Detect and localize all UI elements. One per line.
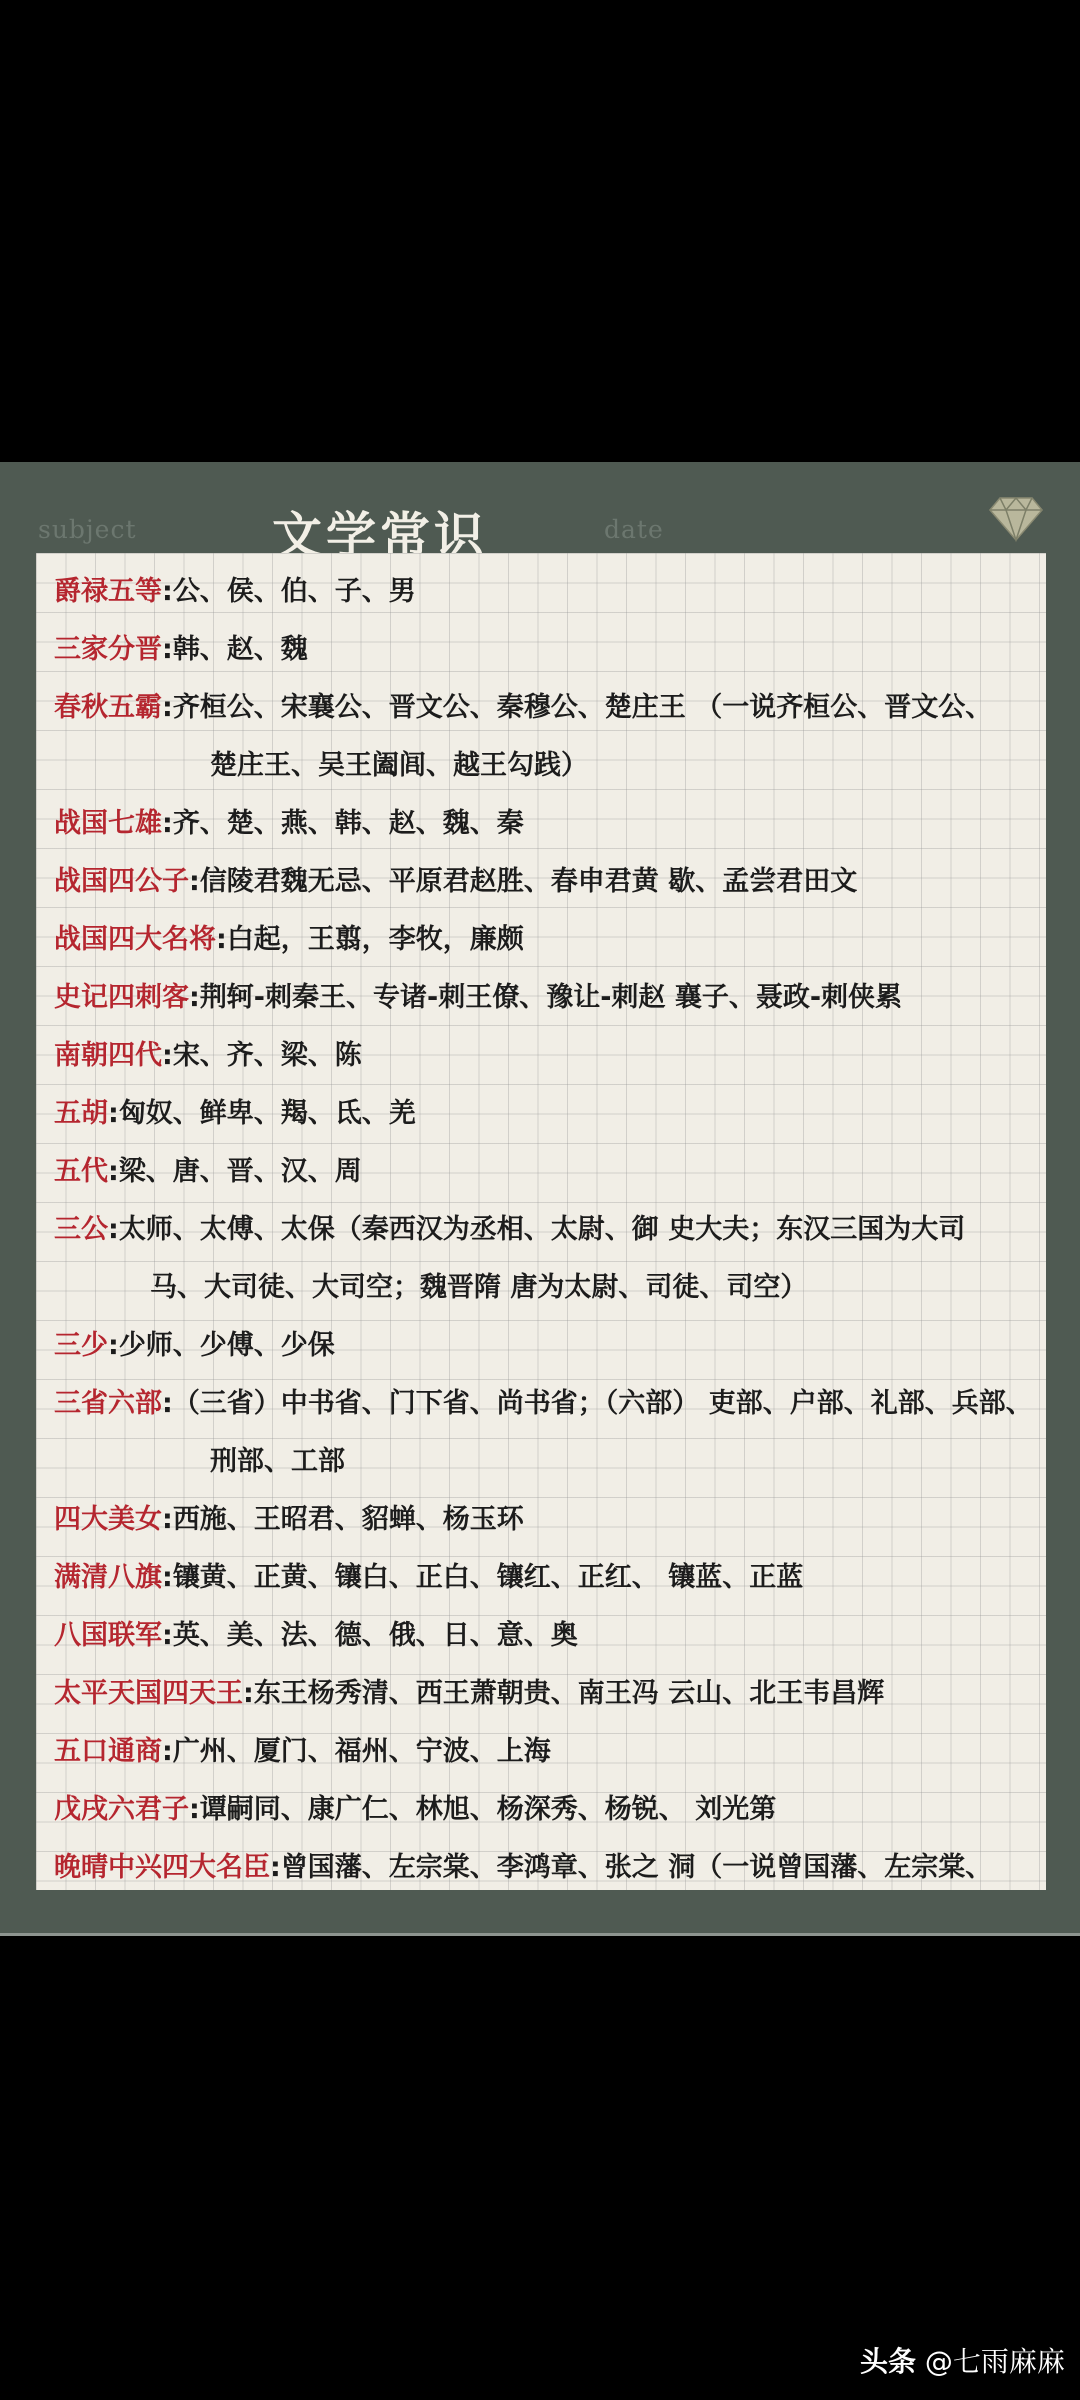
entry-sida-meinv: 四大美女:西施、王昭君、貂蝉、杨玉环 (54, 1491, 524, 1549)
subject-label: subject (38, 515, 137, 544)
entry-baqi: 满清八旗:镶黄、正黄、镶白、正白、镶红、正红、 镶蓝、正蓝 (54, 1549, 803, 1607)
entry-sanshao: 三少:少师、少傅、少保 (54, 1317, 335, 1375)
watermark-handle: @七雨麻麻 (925, 2345, 1065, 2378)
entry-zhanguo-qixiong: 战国七雄:齐、楚、燕、韩、赵、魏、秦 (54, 795, 524, 853)
entry-sicike: 史记四刺客:荆轲-刺秦王、专诸-刺王僚、豫让-刺赵 襄子、聂政-刺侠累 (54, 969, 902, 1027)
entry-sansheng-cont: 刑部、工部 (210, 1433, 345, 1491)
entry-sansheng-liubu: 三省六部:（三省）中书省、门下省、尚书省；（六部） 吏部、户部、礼部、兵部、 (54, 1375, 1033, 1433)
entry-baguo-lianjun: 八国联军:英、美、法、德、俄、日、意、奥 (54, 1607, 578, 1665)
entry-wanqing-mingchen: 晚晴中兴四大名臣:曾国藩、左宗棠、李鸿章、张之 洞（一说曾国藩、左宗棠、 (54, 1839, 992, 1897)
diamond-icon (988, 488, 1044, 544)
entry-wudai: 五代:梁、唐、晋、汉、周 (54, 1143, 362, 1201)
entry-sigongzi: 战国四公子:信陵君魏无忌、平原君赵胜、春申君黄 歇、孟尝君田文 (54, 853, 857, 911)
entry-wuhu: 五胡:匈奴、鲜卑、羯、氐、羌 (54, 1085, 416, 1143)
entry-taiping-tianwang: 太平天国四天王:东王杨秀清、西王萧朝贵、南王冯 云山、北王韦昌辉 (54, 1665, 884, 1723)
entry-chunqiu-cont: 楚庄王、吴王阖闾、越王勾践） (210, 737, 588, 795)
board-edge (0, 1933, 1080, 1936)
entry-sangong: 三公:太师、太傅、太保（秦西汉为丞相、太尉、御 史大夫；东汉三国为大司 (54, 1201, 965, 1259)
entry-wuxu-liujunzi: 戊戌六君子:谭嗣同、康广仁、林旭、杨深秀、杨锐、 刘光第 (54, 1781, 776, 1839)
entry-juelu: 爵禄五等:公、侯、伯、子、男 (54, 563, 416, 621)
watermark: 头条 @七雨麻麻 (860, 2340, 1065, 2380)
entry-nanchao: 南朝四代:宋、齐、梁、陈 (54, 1027, 362, 1085)
date-label: date (604, 515, 664, 544)
entry-wukou-tongshang: 五口通商:广州、厦门、福州、宁波、上海 (54, 1723, 551, 1781)
entry-chunqiu: 春秋五霸:齐桓公、宋襄公、晋文公、秦穆公、楚庄王 （一说齐桓公、晋文公、 (54, 679, 992, 737)
entry-sida-mingjiang: 战国四大名将:白起，王翦，李牧，廉颇 (54, 911, 524, 969)
entry-sanjia: 三家分晋:韩、赵、魏 (54, 621, 308, 679)
watermark-brand: 头条 (860, 2345, 916, 2378)
entry-sangong-cont: 马、大司徒、大司空；魏晋隋 唐为太尉、司徒、司空） (150, 1259, 807, 1317)
